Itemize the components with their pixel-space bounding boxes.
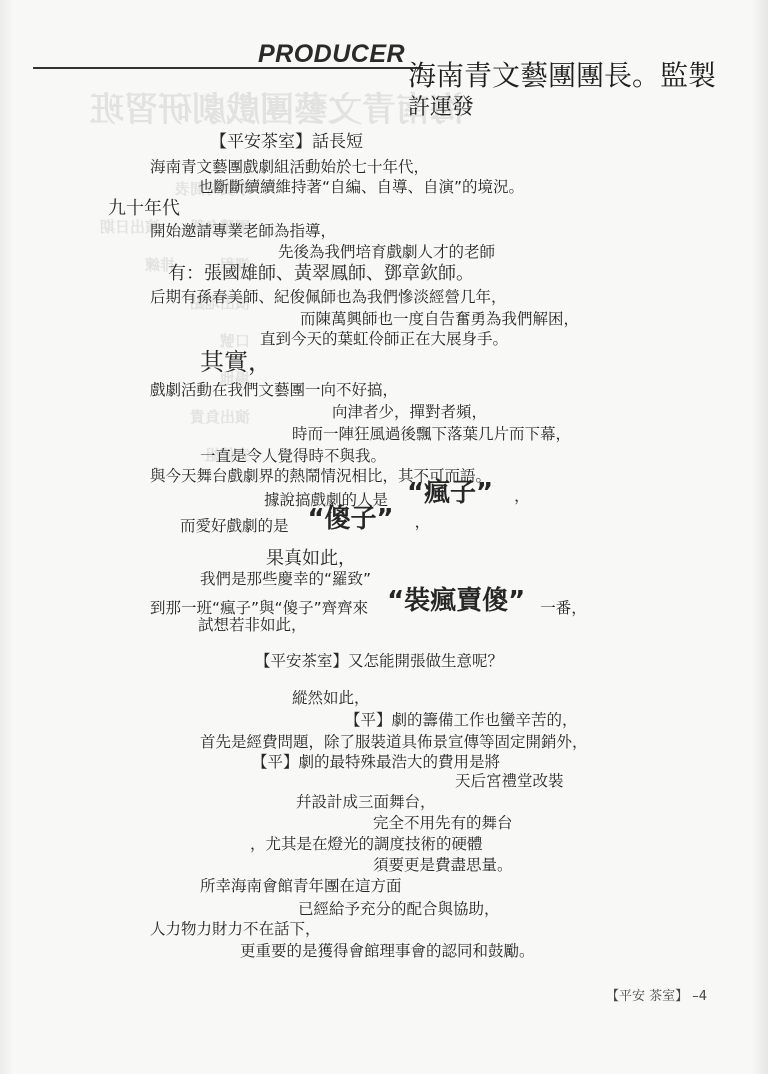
text-line: 縱然如此，: [292, 691, 370, 707]
footer-label: 【平安 茶室】: [606, 989, 688, 1004]
author-name: 許運發: [408, 90, 474, 121]
text-line: 一直是令人覺得時不與我。: [200, 449, 386, 465]
emphasis-term: “傻子”: [307, 504, 393, 534]
text-line: 【平】劇的最特殊最浩大的費用是將: [252, 755, 500, 771]
line-text: 到那一班“瘋子”與“傻子”齊齊來: [150, 599, 368, 617]
text-line: 我們是那些慶幸的“羅致”: [200, 572, 371, 588]
text-line-with-emphasis: 到那一班“瘋子”與“傻子”齊齊來 “裝瘋賣傻” 一番，: [150, 588, 587, 614]
page-title: 海南青文藝團團長。監製: [408, 54, 716, 94]
text-line: 戲劇活動在我們文藝團一向不好搞，: [150, 383, 398, 399]
line-punct: ，: [415, 513, 431, 531]
text-line-emphasis: 果真如此，: [266, 550, 356, 568]
producer-label: PRODUCER: [258, 40, 405, 69]
text-line-heading: 【平安茶室】又怎能開張做生意呢？: [255, 654, 503, 670]
text-line: 試想若非如此，: [198, 618, 307, 634]
text-line: 更重要的是獲得會館理事會的認同和鼓勵。: [240, 944, 535, 960]
text-line: 已經給予充分的配合與協助，: [298, 902, 500, 918]
line-text: 而愛好戲劇的是: [180, 517, 289, 535]
text-line-emphasis: 其實，: [200, 350, 272, 374]
page-footer: 【平安 茶室】 –4: [606, 985, 707, 1004]
text-line: ，尤其是在燈光的調度技術的硬體: [250, 837, 483, 853]
text-line: 天后宮禮堂改裝: [455, 774, 564, 790]
text-line-with-emphasis: 據說搞戲劇的人是 “瘋子” ，: [264, 480, 530, 506]
text-line-with-emphasis: 而愛好戲劇的是 “傻子” ，: [180, 506, 430, 532]
text-line: 也斷斷續續維持著“自編、自導、自演”的境況。: [198, 180, 524, 196]
text-line: 人力物力財力不在話下，: [150, 922, 321, 938]
text-line: 【平】劇的籌備工作也蠻辛苦的，: [345, 713, 578, 729]
line-punct: 一番，: [540, 599, 587, 617]
text-line: 九十年代: [108, 200, 180, 218]
section-heading: 【平安茶室】話長短: [210, 134, 363, 151]
text-line: 首先是經費問題，除了服裝道具佈景宣傳等固定開銷外，: [200, 735, 588, 751]
emphasis-term: “裝瘋賣傻”: [387, 586, 525, 616]
line-punct: ，: [514, 487, 530, 505]
text-line: 所幸海南會館青年團在這方面: [200, 879, 402, 895]
text-line: 先後為我們培育戲劇人才的老師: [278, 245, 495, 261]
text-line: 完全不用先有的舞台: [373, 816, 513, 832]
text-line: 幷設計成三面舞台，: [296, 795, 436, 811]
text-line: 直到今天的葉虹伶師正在大展身手。: [260, 332, 508, 348]
page-number: –4: [692, 989, 707, 1004]
text-line: 向津者少，撣對者頻，: [332, 405, 487, 421]
text-line: 開始邀請專業老師為指導，: [150, 224, 336, 240]
emphasis-term: “瘋子”: [407, 478, 493, 508]
text-line: 而陳萬興師也一度自告奮勇為我們解困，: [300, 312, 579, 328]
text-line: 有：張國雄師、黃翠鳳師、鄧章欽師。: [168, 265, 474, 283]
document-page: 海南青文藝團戲劇研習班 學員時間表團體名稱 演出日期課程 排練演出地點口號場地演…: [0, 0, 768, 1074]
text-line: 須要更是費盡思量。: [373, 858, 513, 874]
text-line: 時而一陣狂風過後飄下落葉几片而下幕，: [292, 427, 571, 443]
text-line: 后期有孫春美師、紀俊佩師也為我們慘淡經營几年，: [150, 290, 507, 306]
text-line: 海南青文藝團戲劇組活動始於七十年代，: [150, 160, 429, 176]
